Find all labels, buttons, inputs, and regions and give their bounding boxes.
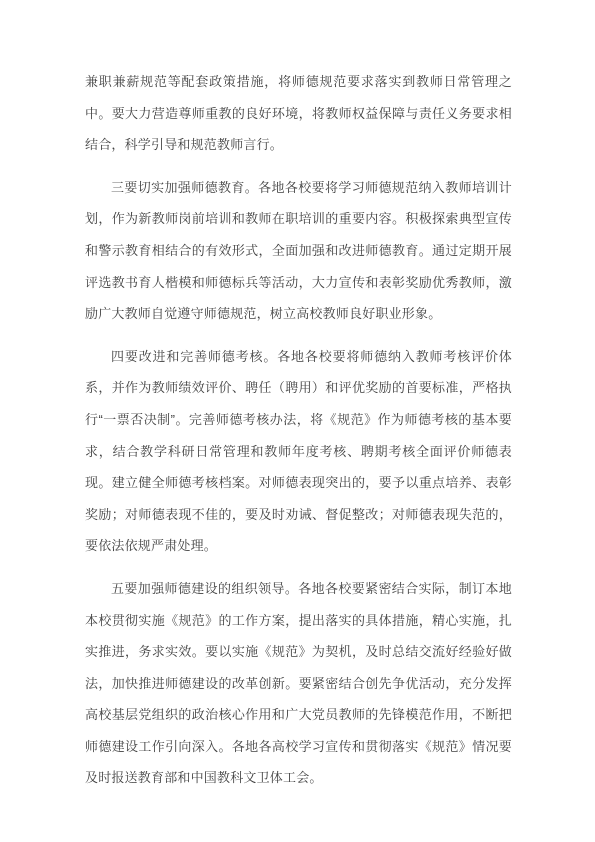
paragraph-point-four: 四要改进和完善师德考核。各地各校要将师德纳入教师考核评价体系，并作为教师绩效评价… bbox=[85, 341, 512, 562]
document-body: 兼职兼薪规范等配套政策措施，将师德规范要求落实到教师日常管理之中。要大力营造尊师… bbox=[85, 66, 512, 794]
paragraph-point-three: 三要切实加强师德教育。各地各校要将学习师德规范纳入教师培训计划，作为新教师岗前培… bbox=[85, 172, 512, 330]
paragraph-continuation: 兼职兼薪规范等配套政策措施，将师德规范要求落实到教师日常管理之中。要大力营造尊师… bbox=[85, 66, 512, 161]
document-page: 兼职兼薪规范等配套政策措施，将师德规范要求落实到教师日常管理之中。要大力营造尊师… bbox=[0, 0, 595, 842]
paragraph-point-five: 五要加强师德建设的组织领导。各地各校要紧密结合实际，制订本地本校贯彻实施《规范》… bbox=[85, 573, 512, 794]
